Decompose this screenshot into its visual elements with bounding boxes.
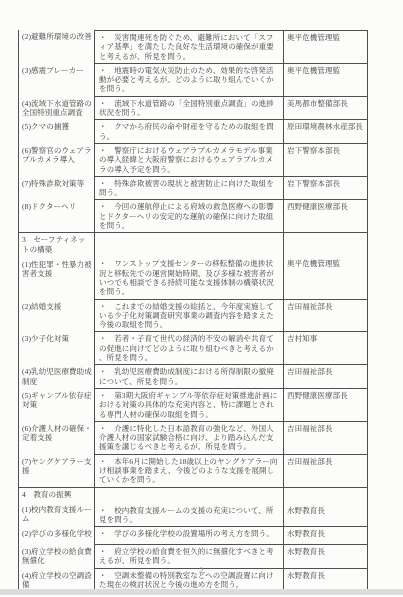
respondent-cell: 岩下警察本部長 [283, 144, 368, 177]
document-page: (2)避難所環境の改善 ・ 災害関連死を防ぐため、避難所において「スフィア基準」… [0, 0, 403, 597]
respondent-cell: 吉田福祉部長 [283, 455, 368, 487]
question-cell: ・ 本年6月に開始した18歳以上のヤングケアラー向け相談事業を踏まえ、今後どのよ… [94, 455, 283, 487]
table-row: (3)少子化対策 ・ 若者・子育て世代の経済的不安の解消や共育ての促進に向けてど… [18, 332, 368, 365]
topic-cell: (2)避難所環境の改善 [18, 30, 94, 64]
table-section: 3 セーフティネットの構築 (1)性犯罪・性暴力被害者支援 ・ ワンストップ支援… [18, 232, 368, 486]
table-section: 4 教育の振興 (1)校内教育支援ルーム ・ 校内教育支援ルームの支援の充実につ… [18, 487, 368, 592]
respondent-cell: 奥平危機管理監 [283, 64, 368, 97]
topic-cell: (4)乳幼児医療費助成制度 [18, 365, 94, 389]
question-cell: ・ 流域下水道管路の「全国特別重点調査」の進捗状況を問う。 [94, 97, 283, 121]
topic-cell: (6)警察官のウェアラブルカメラ導入 [18, 144, 94, 177]
respondent-cell: 吉田福祉部長 [283, 422, 368, 455]
respondent-cell: 西野健康医療部長 [283, 389, 368, 422]
table-row: (4)乳幼児医療費助成制度 ・ 乳幼児医療費助成制度における所得制限の撤廃につい… [18, 365, 368, 389]
question-cell: ・ 学びの多様化学校の設置場所の考え方を問う。 [94, 527, 283, 545]
table-row: (5)ギャンブル依存症対策 ・ 第3期大阪府ギャンブル等依存症対策推進計画におけ… [18, 389, 368, 422]
question-cell: ・ 地震時の電気火災防止のため、効果的な啓発活動が必要と考えるが、どのように取り… [94, 64, 283, 97]
topic-cell: (3)感震ブレーカー [18, 64, 94, 97]
question-cell: ・ 若者・子育て世代の経済的不安の解消や共育ての促進に向けてどのように取り組むべ… [94, 332, 283, 365]
question-cell: ・ ワンストップ支援センターの移転整備の進捗状況と移転先での運営開始時期、及び多… [94, 233, 283, 299]
table-row: (8)ドクターヘリ ・ 今回の運航停止による府域の救急医療への影響とドクターヘリ… [18, 200, 368, 232]
table-row: (5)クマの捕獲 ・ クマから府民の命や財産を守るための取組を問う。 原田環境農… [18, 120, 368, 144]
respondent-cell: 西野健康医療部長 [283, 200, 368, 232]
topic-cell: (7)特殊詐欺対策等 [18, 177, 94, 201]
table-row: (7)ヤングケアラー支援 ・ 本年6月に開始した18歳以上のヤングケアラー向け相… [18, 455, 368, 487]
question-cell: ・ 校内教育支援ルームの支援の充実について、所見を問う。 [94, 488, 283, 528]
question-cell: ・ 乳幼児医療費助成制度における所得制限の撤廃について、所見を問う。 [94, 365, 283, 389]
respondent-cell: 水野教育長 [283, 488, 368, 528]
question-cell: ・ 今回の運航停止による府域の救急医療への影響とドクターヘリの安定的な運航の確保… [94, 200, 283, 232]
respondent-cell: 原田環境農林水産部長 [283, 120, 368, 144]
topic-cell: (5)ギャンブル依存症対策 [18, 389, 94, 422]
respondent-cell: 吉田福祉部長 [283, 365, 368, 389]
topic-cell: (2)結婚支援 [18, 300, 94, 333]
section-heading: 4 教育の振興 [22, 490, 92, 499]
respondent-cell: 奥平危機管理監 [283, 30, 368, 64]
respondent-cell: 奥平危機管理監 [283, 233, 368, 299]
topic-cell: (4)流域下水道管路の全国特別重点調査 [18, 97, 94, 121]
table-row: (6)警察官のウェアラブルカメラ導入 ・ 警察庁におけるウェアラブルカメラモデル… [18, 144, 368, 177]
table-row: (4)流域下水道管路の全国特別重点調査 ・ 流域下水道管路の「全国特別重点調査」… [18, 97, 368, 121]
question-cell: ・ クマから府民の命や財産を守るための取組を問う。 [94, 120, 283, 144]
topic-cell: (3)少子化対策 [18, 332, 94, 365]
topic-cell: 4 教育の振興 (1)校内教育支援ルーム [18, 488, 94, 528]
topic-cell: (2)学びの多様化学校 [18, 527, 94, 545]
respondent-cell: 吉村知事 [283, 332, 368, 365]
respondent-cell: 美馬都市整備部長 [283, 97, 368, 121]
question-cell: ・ 第3期大阪府ギャンブル等依存症対策推進計画における対策の具体的な充実内容と、… [94, 389, 283, 422]
topic-cell: (6)介護人材の確保・定着支援 [18, 422, 94, 455]
table-row: (7)特殊詐欺対策等 ・ 特殊詐欺被害の現状と被害防止に向けた取組を問う。 岩下… [18, 177, 368, 201]
topic-cell: (8)ドクターヘリ [18, 200, 94, 232]
table-row: (6)介護人材の確保・定着支援 ・ 介護に特化した日本語教育の強化など、外国人介… [18, 422, 368, 455]
topic-cell: (7)ヤングケアラー支援 [18, 455, 94, 487]
respondent-cell: 水野教育長 [283, 527, 368, 545]
topic-label: (1)性犯罪・性暴力被害者支援 [22, 260, 92, 279]
question-cell: ・ 介護に特化した日本語教育の強化など、外国人介護人材の国家試験合格に向け、より… [94, 422, 283, 455]
table-row: (2)学びの多様化学校 ・ 学びの多様化学校の設置場所の考え方を問う。 水野教育… [18, 527, 368, 545]
table-row: (2)結婚支援 ・ これまでの結婚支援の総括と、今年度実施している少子化対策調査… [18, 300, 368, 333]
table-section: (2)避難所環境の改善 ・ 災害関連死を防ぐため、避難所において「スフィア基準」… [18, 30, 368, 232]
table-row: 4 教育の振興 (1)校内教育支援ルーム ・ 校内教育支援ルームの支援の充実につ… [18, 488, 368, 528]
section-heading: 3 セーフティネットの構築 [22, 235, 92, 254]
topic-label: (1)校内教育支援ルーム [22, 505, 92, 524]
table-row: 3 セーフティネットの構築 (1)性犯罪・性暴力被害者支援 ・ ワンストップ支援… [18, 233, 368, 299]
page-edge-strip [0, 589, 403, 595]
question-cell: ・ 特殊詐欺被害の現状と被害防止に向けた取組を問う。 [94, 177, 283, 201]
table-row: (2)避難所環境の改善 ・ 災害関連死を防ぐため、避難所において「スフィア基準」… [18, 30, 368, 64]
question-cell: ・ 警察庁におけるウェアラブルカメラモデル事業の導入経緯と大阪府警察におけるウェ… [94, 144, 283, 177]
topic-cell: (5)クマの捕獲 [18, 120, 94, 144]
page-number: 2 [0, 566, 403, 575]
respondent-cell: 吉田福祉部長 [283, 300, 368, 333]
question-cell: ・ 災害関連死を防ぐため、避難所において「スフィア基準」を満たした良好な生活環境… [94, 30, 283, 64]
question-cell: ・ これまでの結婚支援の総括と、今年度実施している少子化対策調査研究事業の調査内… [94, 300, 283, 333]
question-table: (2)避難所環境の改善 ・ 災害関連死を防ぐため、避難所において「スフィア基準」… [18, 30, 368, 592]
respondent-cell: 岩下警察本部長 [283, 177, 368, 201]
topic-cell: 3 セーフティネットの構築 (1)性犯罪・性暴力被害者支援 [18, 233, 94, 299]
table-row: (3)感震ブレーカー ・ 地震時の電気火災防止のため、効果的な啓発活動が必要と考… [18, 64, 368, 97]
